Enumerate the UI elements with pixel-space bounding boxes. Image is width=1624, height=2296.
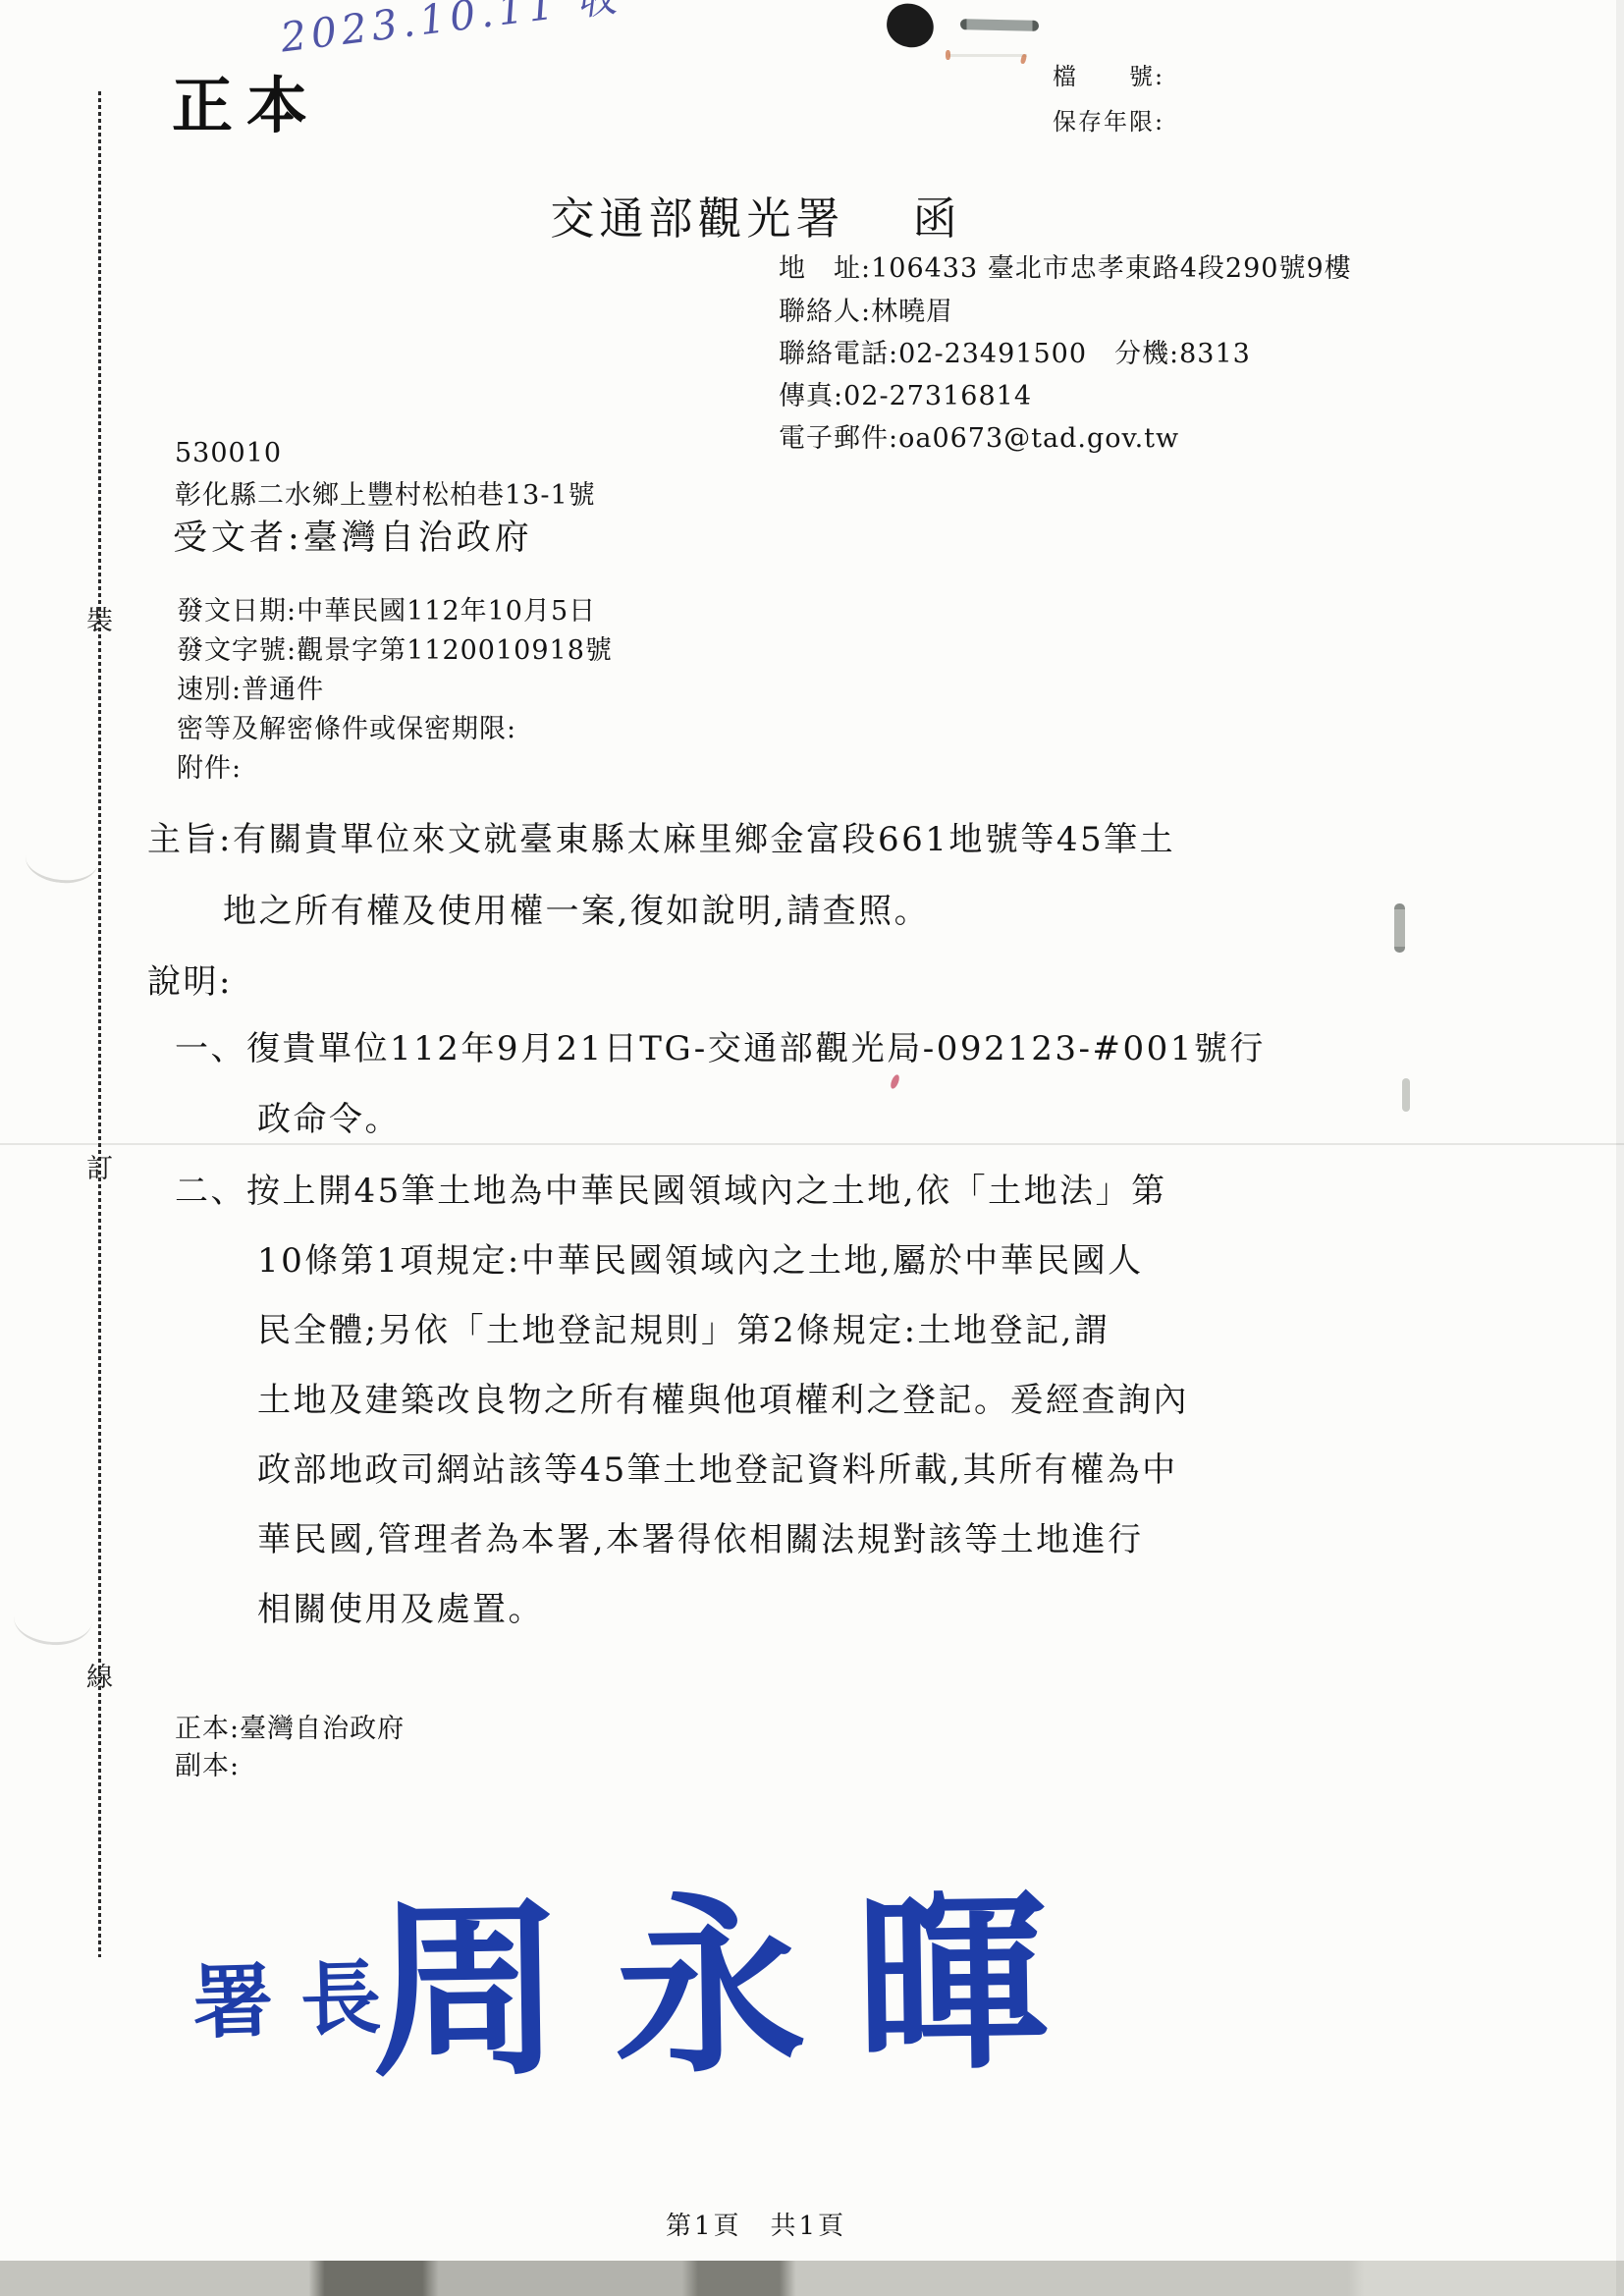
file-number-label: 檔 號: <box>1053 57 1164 91</box>
rust-speck-left <box>946 50 950 60</box>
explanation-item2-line-2: 10條第1項規定:中華民國領域內之土地,屬於中華民國人 <box>257 1233 1144 1282</box>
issue-date-line: 發文日期:中華民國112年10月5日 <box>177 589 596 628</box>
explanation-item2-line-7: 相關使用及處置。 <box>257 1582 544 1630</box>
agency-address-line: 地 址:106433 臺北市忠孝東路4段290號9樓 <box>779 246 1352 285</box>
bottom-scan-edge <box>0 2261 1624 2296</box>
explanation-item1-line-2: 政命令。 <box>257 1092 401 1140</box>
staple-shadow-line <box>948 54 1027 57</box>
explanation-item2-line-1: 二、按上開45筆土地為中華民國領域內之土地,依「土地法」第 <box>175 1164 1167 1212</box>
binding-mark-ding: 訂 <box>86 1147 113 1185</box>
explanation-item2-line-4: 土地及建築改良物之所有權與他項權利之登記。爰經查詢內 <box>257 1373 1189 1421</box>
scan-curve-artifact-upper <box>24 833 101 886</box>
handwritten-receipt-note: 2023.10.11 收 <box>277 0 623 64</box>
scan-curve-artifact-lower <box>12 1590 94 1647</box>
attachment-line: 附件: <box>177 746 242 785</box>
scan-smudge-right <box>1402 1078 1410 1112</box>
explanation-item2-line-5: 政部地政司網站該等45筆土地登記資料所載,其所有權為中 <box>257 1443 1178 1491</box>
contact-person-line: 聯絡人:林曉眉 <box>779 290 953 328</box>
retention-period-label: 保存年限: <box>1053 102 1164 137</box>
binding-mark-xian: 線 <box>86 1656 113 1694</box>
scanned-letter-page: 裝 訂 線 正本 2023.10.11 收 檔 號: 保存年限: 交通部觀光署 … <box>0 0 1624 2296</box>
binding-mark-zhuang: 裝 <box>86 599 113 637</box>
recipient-postal-code: 530010 <box>175 438 282 468</box>
explanation-heading: 說明: <box>147 955 233 1003</box>
doc-number-line: 發文字號:觀景字第1120010918號 <box>177 629 613 667</box>
original-to-line: 正本:臺灣自治政府 <box>175 1707 405 1745</box>
page-indicator: 第1頁 共1頁 <box>550 2206 962 2242</box>
explanation-item1-line-1: 一、復貴單位112年9月21日TG-交通部觀光局-092123-#001號行 <box>175 1021 1266 1069</box>
signature-name: 周永暉 <box>369 1829 1101 2113</box>
document-title: 交通部觀光署 函 <box>412 183 1100 246</box>
punch-hole-mark <box>884 1 937 51</box>
speed-class-line: 速別:普通件 <box>177 668 324 706</box>
explanation-item2-line-6: 華民國,管理者為本署,本署得依相關法規對該等土地進行 <box>257 1512 1144 1560</box>
recipient-address: 彰化縣二水鄉上豐村松柏巷13-1號 <box>175 473 596 512</box>
copy-type-stamp: 正本 <box>172 57 321 144</box>
subject-line-2: 地之所有權及使用權一案,復如說明,請查照。 <box>223 884 930 932</box>
contact-phone-line: 聯絡電話:02-23491500 分機:8313 <box>779 332 1251 370</box>
right-paper-edge-shadow <box>1616 0 1624 2296</box>
copy-to-line: 副本: <box>175 1744 240 1782</box>
rust-speck-right <box>1020 54 1027 65</box>
security-class-line: 密等及解密條件或保密期限: <box>177 707 516 745</box>
explanation-item2-line-3: 民全體;另依「土地登記規則」第2條規定:土地登記,謂 <box>257 1303 1110 1351</box>
staple-mark-top <box>960 19 1039 31</box>
email-line: 電子郵件:oa0673@tad.gov.tw <box>779 416 1179 455</box>
fax-line: 傳真:02-27316814 <box>779 374 1032 412</box>
paper-fold-line <box>0 1143 1624 1145</box>
recipient-name-line: 受文者:臺灣自治政府 <box>173 511 533 560</box>
subject-line-1: 主旨:有關貴單位來文就臺東縣太麻里鄉金富段661地號等45筆土 <box>147 812 1175 860</box>
red-ink-speck <box>889 1073 900 1090</box>
staple-mark-right <box>1394 903 1405 953</box>
